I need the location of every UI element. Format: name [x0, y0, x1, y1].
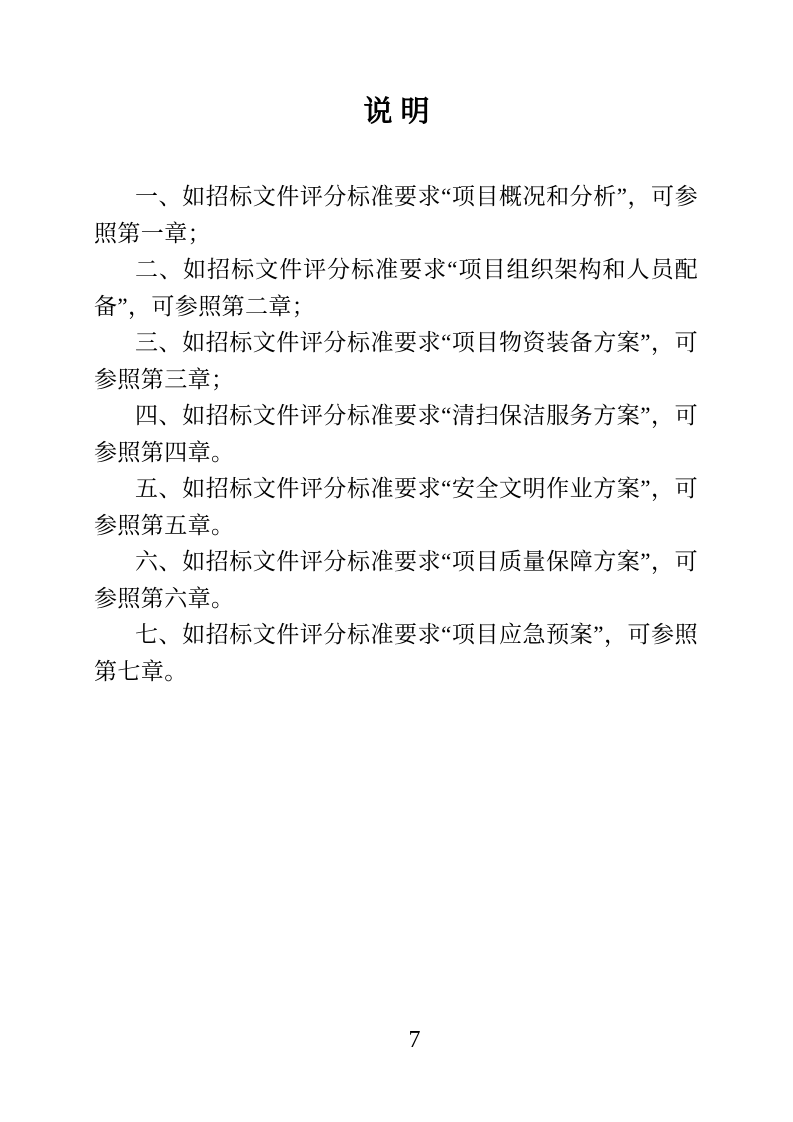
body-paragraph: 一、如招标文件评分标准要求“项目概况和分析”，可参照第一章；: [94, 179, 698, 252]
page-number: 7: [0, 1026, 793, 1054]
body-paragraph: 六、如招标文件评分标准要求“项目质量保障方案”，可参照第六章。: [94, 544, 698, 617]
body-paragraph: 五、如招标文件评分标准要求“安全文明作业方案”，可参照第五章。: [94, 471, 698, 544]
page-title: 说明: [0, 94, 793, 131]
document-body: 一、如招标文件评分标准要求“项目概况和分析”，可参照第一章；二、如招标文件评分标…: [94, 179, 698, 690]
body-paragraph: 二、如招标文件评分标准要求“项目组织架构和人员配备”，可参照第二章；: [94, 252, 698, 325]
body-paragraph: 三、如招标文件评分标准要求“项目物资装备方案”，可参照第三章；: [94, 325, 698, 398]
body-paragraph: 四、如招标文件评分标准要求“清扫保洁服务方案”，可参照第四章。: [94, 398, 698, 471]
document-page: 说明 一、如招标文件评分标准要求“项目概况和分析”，可参照第一章；二、如招标文件…: [0, 0, 793, 1122]
body-paragraph: 七、如招标文件评分标准要求“项目应急预案”，可参照第七章。: [94, 617, 698, 690]
